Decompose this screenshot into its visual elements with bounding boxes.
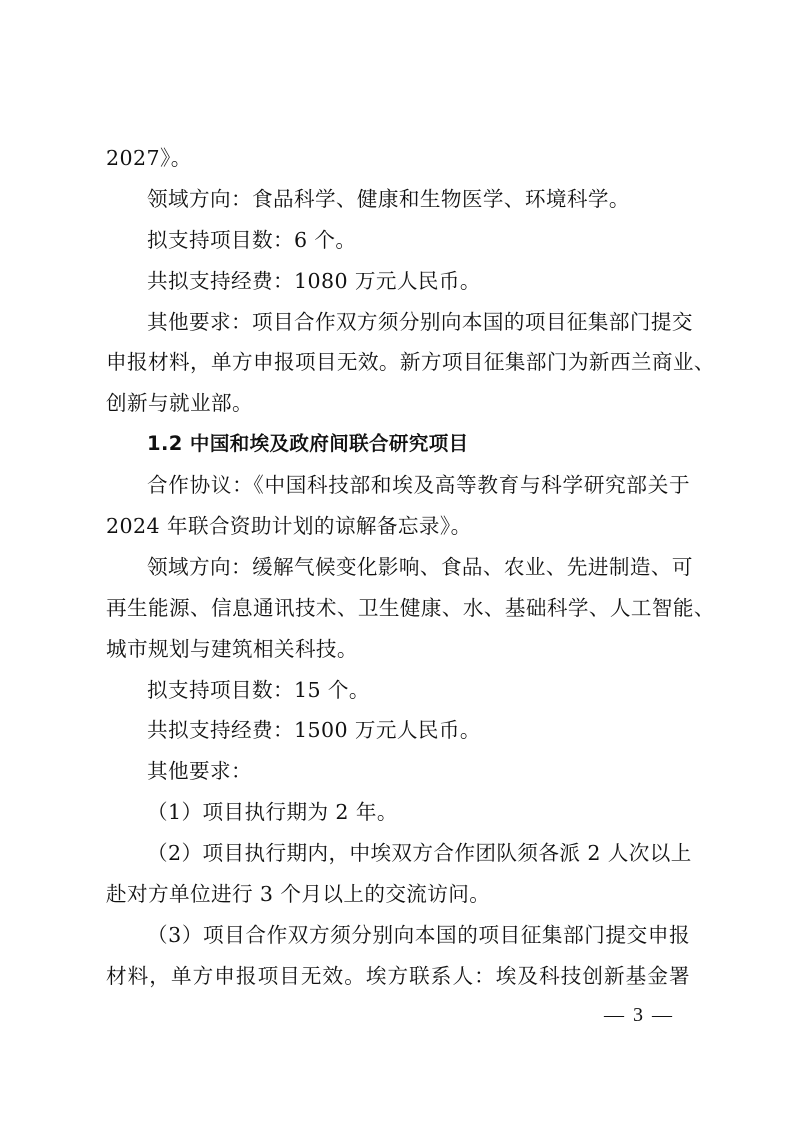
list-item: （3）项目合作双方须分别向本国的项目征集部门提交申报 [106, 915, 690, 956]
text-line: 申报材料，单方申报项目无效。新方项目征集部门为新西兰商业、 [106, 342, 690, 383]
list-item: （2）项目执行期内，中埃双方合作团队须各派 2 人次以上 [106, 833, 690, 874]
text-line: 拟支持项目数：15 个。 [106, 670, 690, 711]
text-line: 其他要求： [106, 751, 690, 792]
text-line: 创新与就业部。 [106, 383, 690, 424]
text-line: 其他要求：项目合作双方须分别向本国的项目征集部门提交 [106, 302, 690, 343]
text-line: 赴对方单位进行 3 个月以上的交流访问。 [106, 874, 690, 915]
text-line: 共拟支持经费：1080 万元人民币。 [106, 261, 690, 302]
text-line: 2027》。 [106, 138, 690, 179]
page-number: — 3 — [604, 1004, 674, 1027]
text-line: 2024 年联合资助计划的谅解备忘录》。 [106, 506, 690, 547]
text-line: 拟支持项目数：6 个。 [106, 220, 690, 261]
list-item: （1）项目执行期为 2 年。 [106, 792, 690, 833]
text-line: 材料，单方申报项目无效。埃方联系人：埃及科技创新基金署 [106, 956, 690, 997]
text-line: 领域方向：食品科学、健康和生物医学、环境科学。 [106, 179, 690, 220]
text-line: 合作协议：《中国科技部和埃及高等教育与科学研究部关于 [106, 465, 690, 506]
text-line: 再生能源、信息通讯技术、卫生健康、水、基础科学、人工智能、 [106, 588, 690, 629]
text-line: 城市规划与建筑相关科技。 [106, 629, 690, 670]
section-heading: 1.2 中国和埃及政府间联合研究项目 [106, 424, 690, 465]
document-body: 2027》。 领域方向：食品科学、健康和生物医学、环境科学。 拟支持项目数：6 … [106, 138, 690, 997]
text-line: 共拟支持经费：1500 万元人民币。 [106, 710, 690, 751]
text-line: 领域方向：缓解气候变化影响、食品、农业、先进制造、可 [106, 547, 690, 588]
